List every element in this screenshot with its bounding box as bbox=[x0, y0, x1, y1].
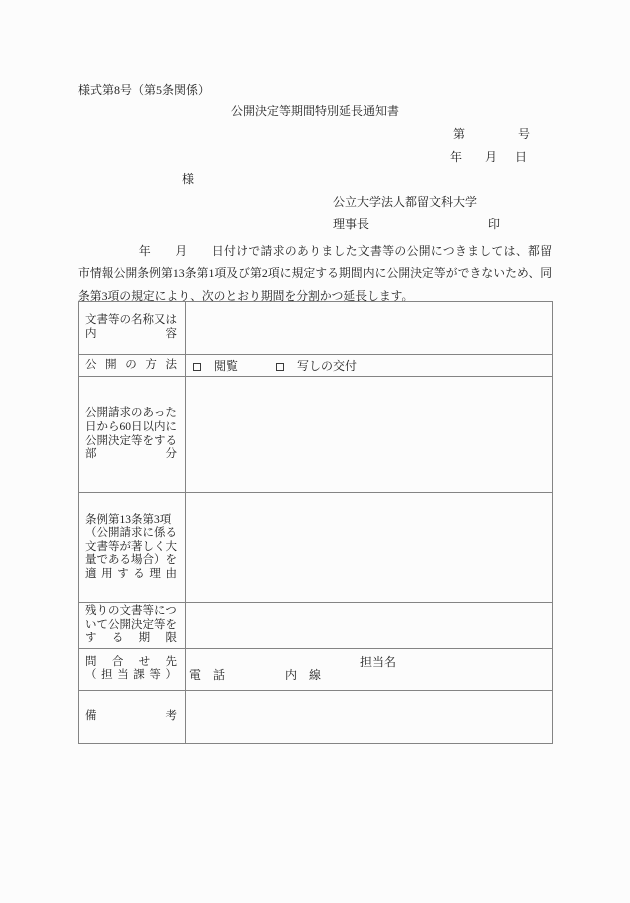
issuer-organization: 公立大学法人都留文科大学 bbox=[78, 195, 552, 209]
date-day-label: 日 bbox=[515, 150, 527, 164]
body-line-1: 年 月 日付けで請求のありました文書等の公開につきましては、都留 bbox=[78, 240, 552, 262]
remarks-value-cell bbox=[186, 690, 553, 743]
label-text: 文書等の名称又は bbox=[85, 314, 177, 328]
extension-label: 内 線 bbox=[285, 668, 321, 682]
document-title: 公開決定等期間特別延長通知書 bbox=[78, 104, 552, 118]
extension-reason-value-cell bbox=[186, 493, 553, 603]
label-text: 量である場合）を bbox=[85, 554, 177, 568]
issuer-title: 理事長 bbox=[333, 217, 369, 231]
checkbox-inspection-icon[interactable] bbox=[193, 363, 201, 371]
phone-label: 電 話 bbox=[189, 668, 225, 682]
seal-placeholder: 印 bbox=[488, 217, 500, 231]
within-60-days-label-cell: 公開請求のあった 日から60日以内に 公開決定等をする 部分 bbox=[79, 377, 186, 493]
contact-value-cell: 担当名 電 話内 線 bbox=[186, 648, 553, 690]
label-text: 文書等が著しく大 bbox=[85, 541, 177, 555]
remaining-deadline-value-cell bbox=[186, 603, 553, 649]
label-text: 公開の方法 bbox=[85, 359, 177, 373]
row-extension-reason: 条例第13条第3項 （公開請求に係る 文書等が著しく大 量である場合）を 適用す… bbox=[79, 493, 553, 603]
label-text: 日から60日以内に bbox=[85, 421, 177, 435]
remarks-label-cell: 備考 bbox=[79, 690, 186, 743]
addressee-line: 様 bbox=[78, 172, 552, 186]
row-remarks: 備考 bbox=[79, 690, 553, 743]
row-remaining-deadline: 残りの文書等につ いて公開決定等を する期限 bbox=[79, 603, 553, 649]
label-text: 問合せ先 bbox=[85, 656, 177, 670]
label-text: （担当課等） bbox=[85, 669, 177, 683]
within-60-days-value-cell bbox=[186, 377, 553, 493]
row-within-60-days: 公開請求のあった 日から60日以内に 公開決定等をする 部分 bbox=[79, 377, 553, 493]
label-text: 公開決定等をする bbox=[85, 435, 177, 449]
form-table: 文書等の名称又は 内容 公開の方法 閲覧写しの交付 公開請求のあった 日から60… bbox=[78, 301, 553, 744]
disclosure-method-value-cell: 閲覧写しの交付 bbox=[186, 355, 553, 377]
document-name-label-cell: 文書等の名称又は 内容 bbox=[79, 302, 186, 355]
doc-number-line: 第号 bbox=[78, 127, 552, 141]
label-text: 適用する理由 bbox=[85, 568, 177, 582]
date-year-label: 年 bbox=[450, 150, 462, 164]
date-line: 年月日 bbox=[78, 150, 552, 164]
date-month-label: 月 bbox=[485, 150, 497, 164]
form-number: 様式第8号（第5条関係） bbox=[78, 83, 552, 97]
staff-name-label: 担当名 bbox=[189, 656, 552, 670]
body-paragraph: 年 月 日付けで請求のありました文書等の公開につきましては、都留 市情報公開条例… bbox=[78, 240, 552, 307]
row-disclosure-method: 公開の方法 閲覧写しの交付 bbox=[79, 355, 553, 377]
label-text: する期限 bbox=[85, 632, 177, 646]
label-text: 備考 bbox=[85, 710, 177, 724]
body-line-2: 市情報公開条例第13条第1項及び第2項に規定する期間内に公開決定等ができないため… bbox=[78, 262, 552, 284]
checkbox-inspection-label: 閲覧 bbox=[214, 359, 238, 373]
label-text: （公開請求に係る bbox=[85, 527, 177, 541]
label-text: 内容 bbox=[85, 328, 177, 342]
addressee-suffix: 様 bbox=[182, 172, 194, 186]
label-text: 公開請求のあった bbox=[85, 407, 177, 421]
issuer-title-line: 理事長印 bbox=[78, 217, 552, 231]
disclosure-method-label-cell: 公開の方法 bbox=[79, 355, 186, 377]
row-contact: 問合せ先 （担当課等） 担当名 電 話内 線 bbox=[79, 648, 553, 690]
doc-number-suffix: 号 bbox=[518, 127, 530, 141]
label-text: いて公開決定等を bbox=[85, 619, 177, 633]
extension-reason-label-cell: 条例第13条第3項 （公開請求に係る 文書等が著しく大 量である場合）を 適用す… bbox=[79, 493, 186, 603]
doc-number-prefix: 第 bbox=[453, 127, 465, 141]
checkbox-copy-icon[interactable] bbox=[276, 363, 284, 371]
checkbox-copy-label: 写しの交付 bbox=[297, 359, 357, 373]
document-page: 様式第8号（第5条関係） 公開決定等期間特別延長通知書 第号 年月日 様 公立大… bbox=[0, 0, 630, 903]
contact-label-cell: 問合せ先 （担当課等） bbox=[79, 648, 186, 690]
label-text: 条例第13条第3項 bbox=[85, 514, 177, 528]
remaining-deadline-label-cell: 残りの文書等につ いて公開決定等を する期限 bbox=[79, 603, 186, 649]
document-name-value-cell bbox=[186, 302, 553, 355]
row-document-name: 文書等の名称又は 内容 bbox=[79, 302, 553, 355]
label-text: 部分 bbox=[85, 448, 177, 462]
label-text: 残りの文書等につ bbox=[85, 605, 177, 619]
